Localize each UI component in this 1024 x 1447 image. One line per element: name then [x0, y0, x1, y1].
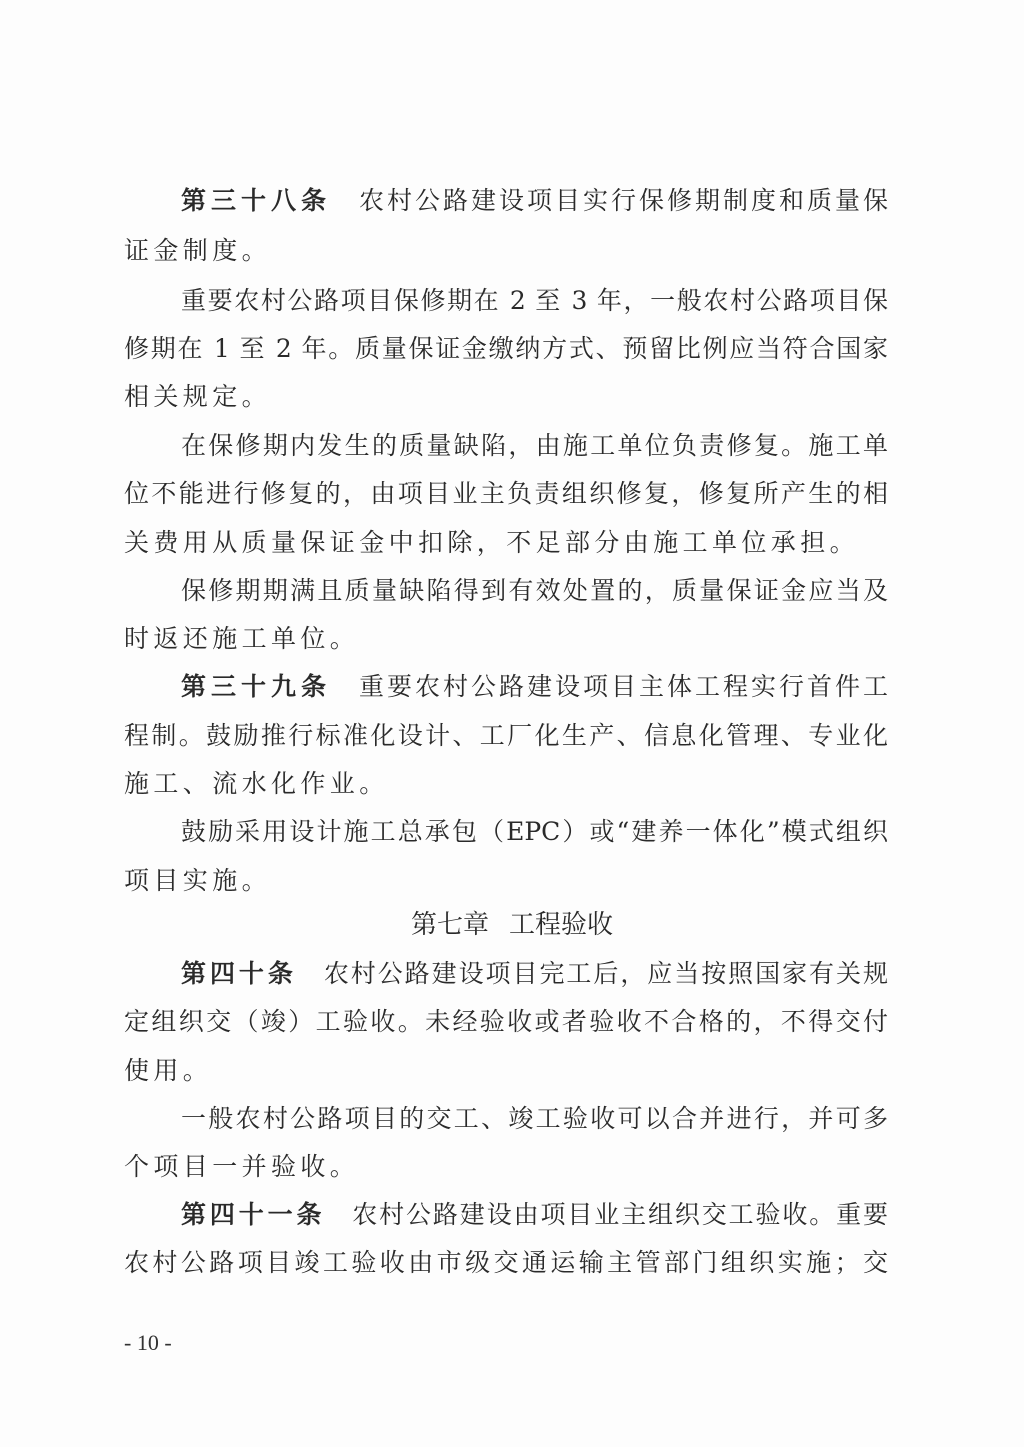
document-page: 第三十八条 农村公路建设项目实行保修期制度和质量保 证金制度。 重要农村公路项目… — [0, 0, 1024, 1447]
article-38-p2-line-1: 在保修期内发生的质量缺陷，由施工单位负责修复。施工单 — [181, 431, 888, 461]
article-39-p1-line-2: 项目实施。 — [124, 866, 888, 896]
article-40-p1-line-2: 个项目一并验收。 — [124, 1152, 888, 1182]
article-40-line-3: 使用。 — [124, 1056, 888, 1086]
article-38-p1-line-3: 相关规定。 — [124, 382, 888, 412]
article-38-p1-line-2: 修期在 1 至 2 年。质量保证金缴纳方式、预留比例应当符合国家 — [124, 334, 888, 364]
article-40-first-line: 第四十条 农村公路建设项目完工后，应当按照国家有关规 — [181, 959, 888, 989]
article-41-heading: 第四十一条 — [181, 1200, 325, 1229]
article-38-p3-line-1: 保修期期满且质量缺陷得到有效处置的，质量保证金应当及 — [181, 576, 888, 606]
article-39-line-2: 程制。鼓励推行标准化设计、工厂化生产、信息化管理、专业化 — [124, 721, 888, 751]
article-38-p3-line-2: 时返还施工单位。 — [124, 624, 888, 654]
article-39-first-line: 第三十九条 重要农村公路建设项目主体工程实行首件工 — [181, 672, 888, 702]
chapter-heading: 第七章工程验收 — [0, 910, 1024, 940]
article-41-line-2: 农村公路项目竣工验收由市级交通运输主管部门组织实施；交 — [124, 1248, 888, 1278]
article-38-text: 农村公路建设项目实行保修期制度和质量保 — [359, 186, 888, 215]
article-38-p2-line-2: 位不能进行修复的，由项目业主负责组织修复，修复所产生的相 — [124, 479, 888, 509]
article-40-heading: 第四十条 — [181, 959, 297, 988]
article-39-line-3: 施工、流水化作业。 — [124, 769, 888, 799]
article-39-text: 重要农村公路建设项目主体工程实行首件工 — [359, 672, 888, 701]
article-41-text: 农村公路建设由项目业主组织交工验收。重要 — [352, 1200, 888, 1229]
chapter-title: 工程验收 — [509, 910, 613, 940]
article-38-p1-line-1: 重要农村公路项目保修期在 2 至 3 年，一般农村公路项目保 — [181, 286, 888, 316]
article-38-first-line: 第三十八条 农村公路建设项目实行保修期制度和质量保 — [181, 186, 888, 216]
article-39-p1-line-1: 鼓励采用设计施工总承包（EPC）或“建养一体化”模式组织 — [181, 817, 888, 847]
article-40-line-2: 定组织交（竣）工验收。未经验收或者验收不合格的，不得交付 — [124, 1007, 888, 1037]
article-41-first-line: 第四十一条 农村公路建设由项目业主组织交工验收。重要 — [181, 1200, 888, 1230]
chapter-number: 第七章 — [411, 910, 489, 940]
article-38-line-2: 证金制度。 — [124, 236, 888, 266]
article-40-text: 农村公路建设项目完工后，应当按照国家有关规 — [324, 959, 888, 988]
article-39-heading: 第三十九条 — [181, 672, 331, 701]
article-40-p1-line-1: 一般农村公路项目的交工、竣工验收可以合并进行，并可多 — [181, 1104, 888, 1134]
page-number: - 10 - — [124, 1330, 172, 1356]
article-38-p2-line-3: 关费用从质量保证金中扣除，不足部分由施工单位承担。 — [124, 528, 888, 558]
article-38-heading: 第三十八条 — [181, 186, 331, 215]
